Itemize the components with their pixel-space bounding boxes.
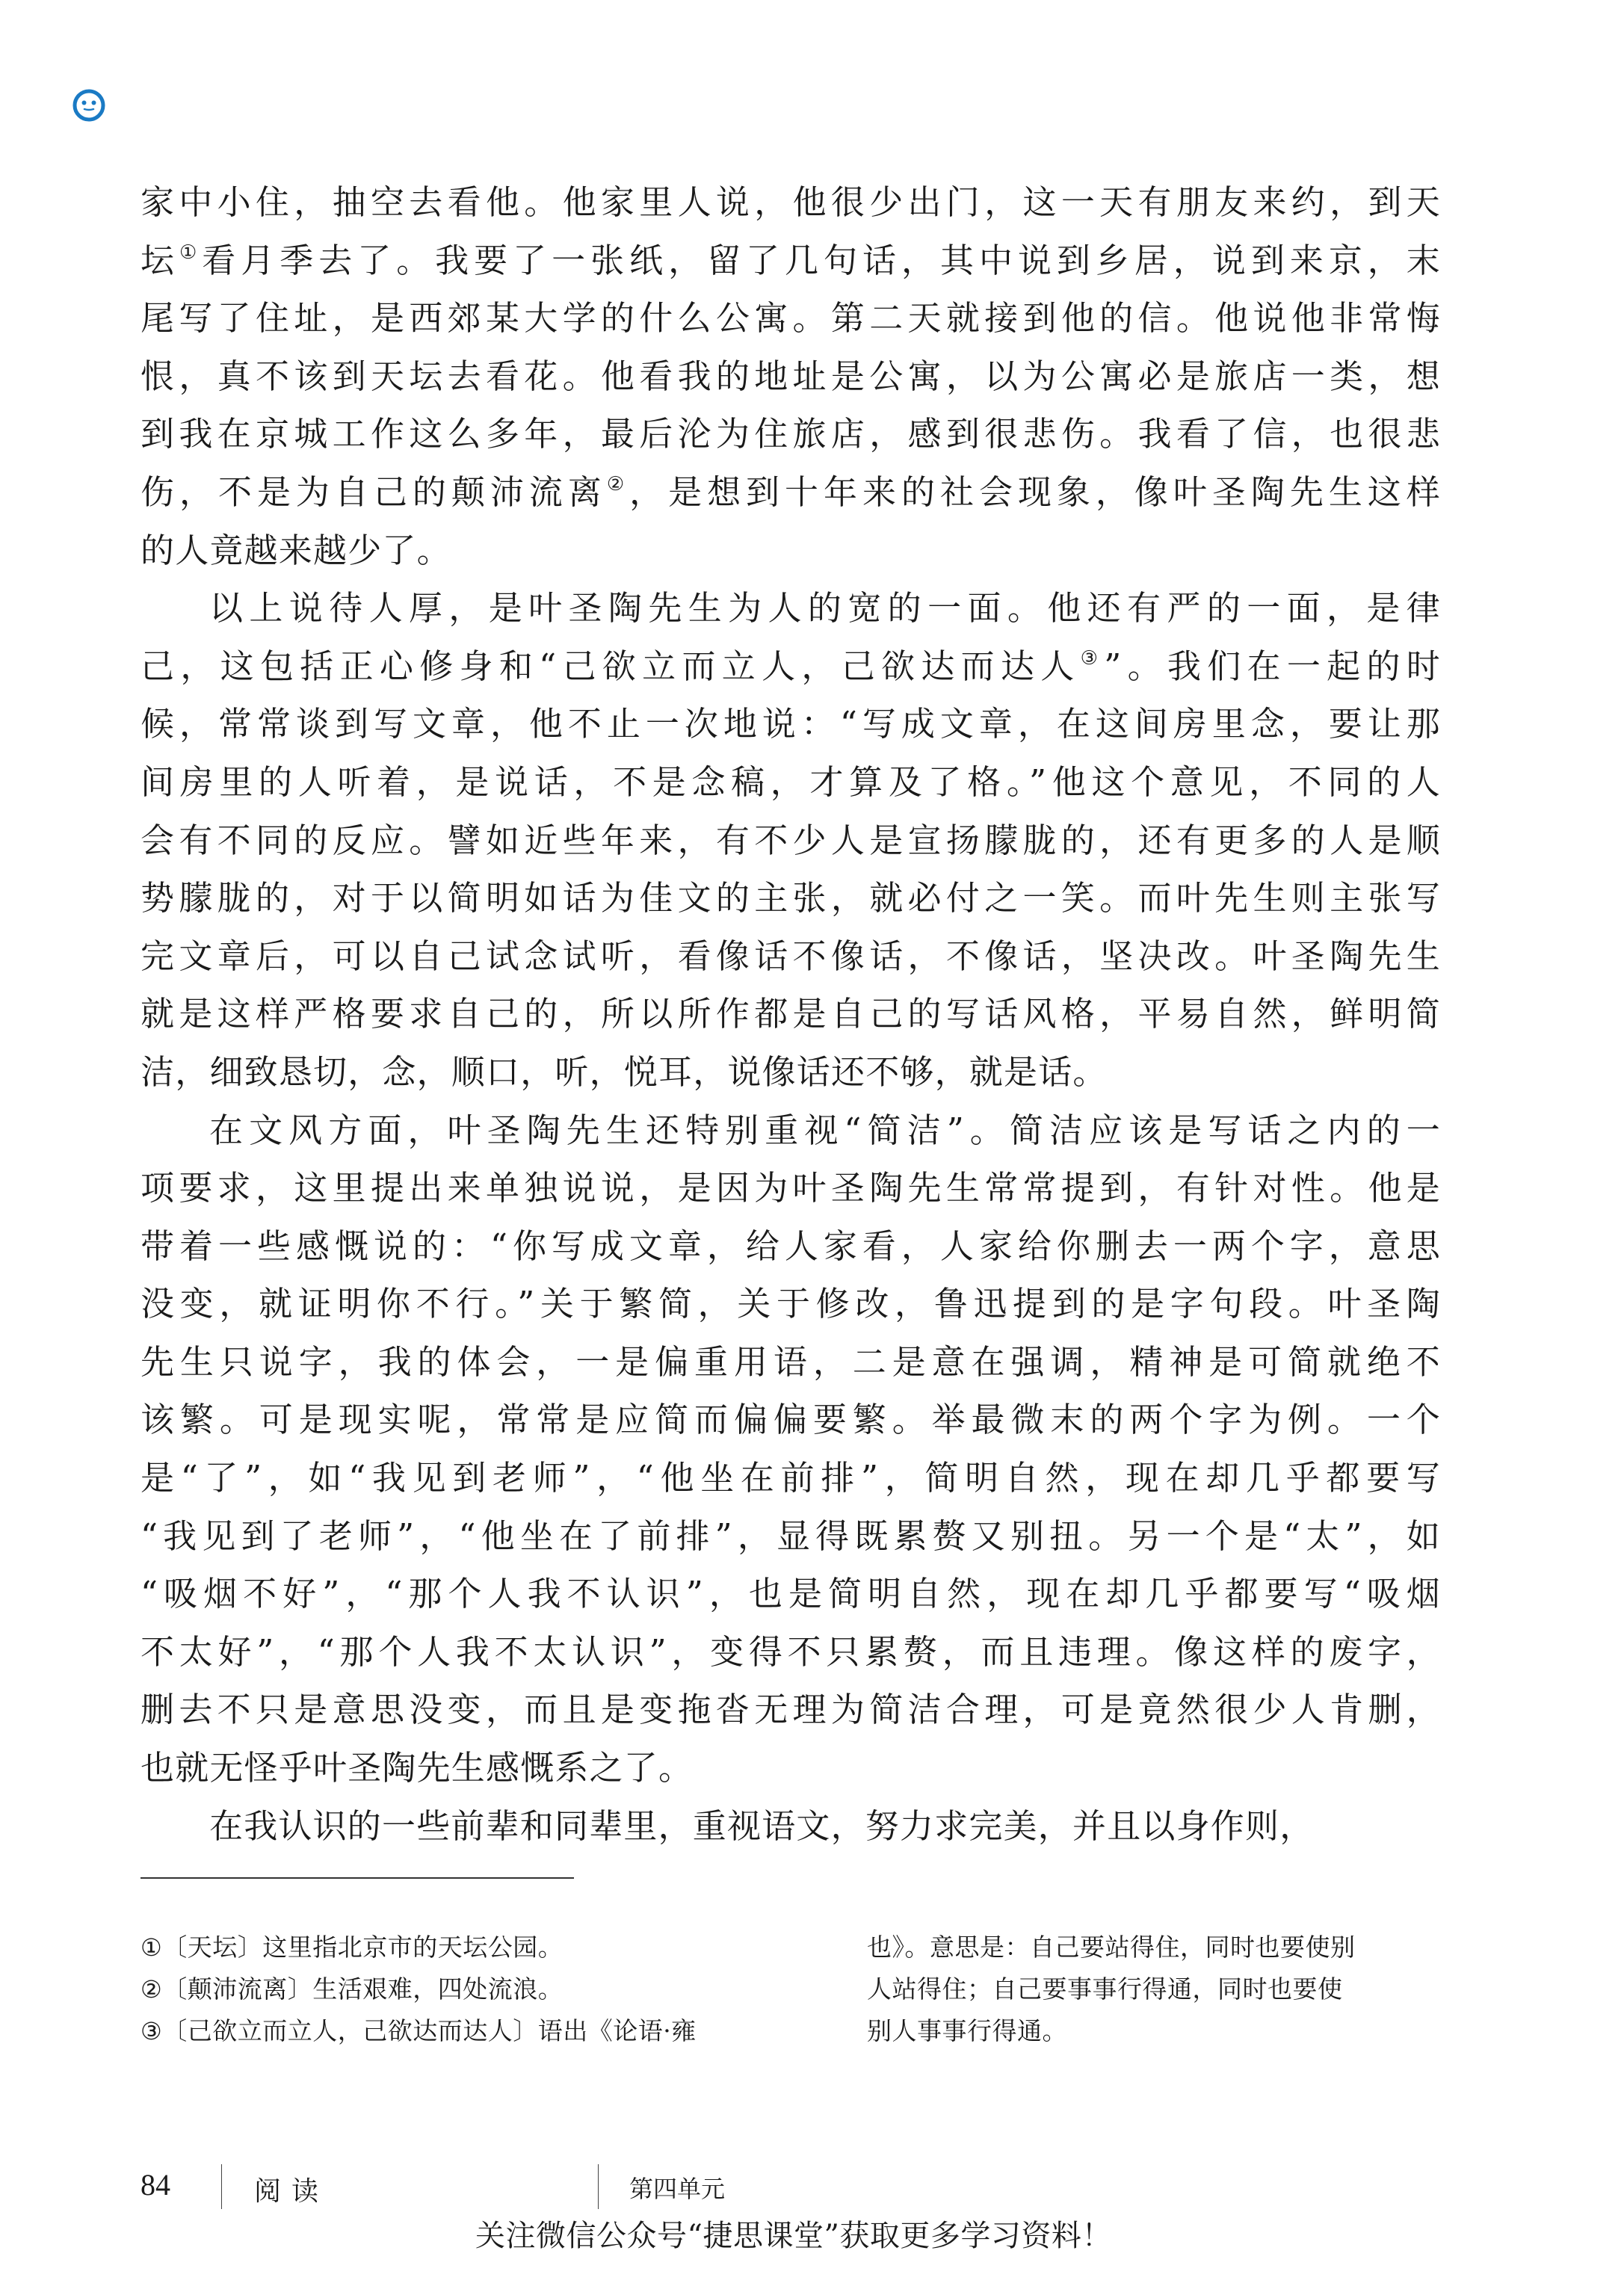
text-line: 在文风方面，叶圣陶先生还特别重视“简洁”。简洁应该是写话之内的一 — [141, 1102, 1441, 1160]
text-line: 没变，就证明你不行。”关于繁简，关于修改，鲁迅提到的是字句段。叶圣陶 — [141, 1275, 1441, 1333]
text-line: 己，这包括正心修身和“己欲立而立人，己欲达而达人③”。我们在一起的时 — [141, 637, 1441, 696]
text-line: “吸烟不好”，“那个人我不认识”，也是简明自然，现在却几乎都要写“吸烟 — [141, 1565, 1441, 1623]
text-line: 尾写了住址，是西郊某大学的什么公寓。第二天就接到他的信。他说他非常悔 — [141, 289, 1441, 348]
text-line: 完文章后，可以自己试念试听，看像话不像话，不像话，坚决改。叶圣陶先生 — [141, 927, 1441, 986]
text-line: 坛①看月季去了。我要了一张纸，留了几句话，其中说到乡居，说到来京，末 — [141, 232, 1441, 290]
footer-divider — [221, 2164, 222, 2209]
paragraph: 在文风方面，叶圣陶先生还特别重视“简洁”。简洁应该是写话之内的一项要求，这里提出… — [141, 1102, 1441, 1797]
text-line: 也就无怪乎叶圣陶先生感慨系之了。 — [141, 1739, 1441, 1797]
text-line: 先生只说字，我的体会，一是偏重用语，二是意在强调，精神是可简就绝不 — [141, 1333, 1441, 1391]
footnote-marker: ③ — [1081, 647, 1105, 670]
text-line: 删去不只是意思没变，而且是变拖沓无理为简洁合理，可是竟然很少人肯删， — [141, 1681, 1441, 1739]
text-line: 的人竟越来越少了。 — [141, 522, 1441, 580]
footnote-separator — [141, 1877, 574, 1879]
section-label: 阅读 — [254, 2170, 329, 2208]
footnote-marker: ② — [607, 473, 629, 495]
footnote-text: 语出《论语·雍 — [538, 2016, 697, 2045]
unit-label: 第四单元 — [629, 2170, 725, 2205]
footnote-text: 生活艰难，四处流浪。 — [312, 1974, 563, 2004]
footnote-continuation-line: 人站得住；自己要事事行得通，同时也要使 — [867, 1968, 1450, 2010]
text-line: 洁，细致恳切，念，顺口，听，悦耳，说像话还不够，就是话。 — [141, 1043, 1441, 1102]
footnote-number: ② — [141, 1975, 162, 2004]
text-line: 间房里的人听着，是说话，不是念稿，才算及了格。”他这个意见，不同的人 — [141, 753, 1441, 812]
text-line: 候，常常谈到写文章，他不止一次地说：“写成文章，在这间房里念，要让那 — [141, 695, 1441, 753]
footnote-term: 〔己欲立而立人，己欲达而达人〕 — [162, 2016, 538, 2045]
text-line: 在我认识的一些前辈和同辈里，重视语文，努力求完美，并且以身作则， — [141, 1797, 1441, 1856]
footnote-text: 这里指北京市的天坛公园。 — [262, 1933, 563, 1962]
footnote-number: ① — [141, 1933, 162, 1962]
article-body: 家中小住，抽空去看他。他家里人说，他很少出门，这一天有朋友来约，到天坛①看月季去… — [141, 173, 1441, 1855]
footnote-term: 〔颠沛流离〕 — [162, 1974, 312, 2004]
paragraph: 在我认识的一些前辈和同辈里，重视语文，努力求完美，并且以身作则， — [141, 1797, 1441, 1856]
footnote-term: 〔天坛〕 — [162, 1933, 262, 1962]
footnote-marker: ① — [179, 241, 202, 264]
text-line: 到我在京城工作这么多年，最后沦为住旅店，感到很悲伤。我看了信，也很悲 — [141, 405, 1441, 463]
footnote-item: ①〔天坛〕这里指北京市的天坛公园。 — [141, 1927, 783, 1968]
text-line: 该繁。可是现实呢，常常是应简而偏偏要繁。举最微末的两个字为例。一个 — [141, 1391, 1441, 1449]
text-line: 家中小住，抽空去看他。他家里人说，他很少出门，这一天有朋友来约，到天 — [141, 173, 1441, 232]
promo-text: 关注微信公众号“捷思课堂”获取更多学习资料！ — [475, 2212, 1112, 2255]
paragraph: 以上说待人厚，是叶圣陶先生为人的宽的一面。他还有严的一面，是律己，这包括正心修身… — [141, 579, 1441, 1101]
footnotes-right-column: 也》。意思是：自己要站得住，同时也要使别人站得住；自己要事事行得通，同时也要使别… — [867, 1927, 1450, 2052]
text-line: 不太好”，“那个人我不太认识”，变得不只累赘，而且违理。像这样的废字， — [141, 1623, 1441, 1681]
text-line: 以上说待人厚，是叶圣陶先生为人的宽的一面。他还有严的一面，是律 — [141, 579, 1441, 637]
footnote-continuation-line: 也》。意思是：自己要站得住，同时也要使别 — [867, 1927, 1450, 1968]
footnotes-left-column: ①〔天坛〕这里指北京市的天坛公园。②〔颠沛流离〕生活艰难，四处流浪。③〔己欲立而… — [141, 1927, 783, 2052]
smiley-face-icon — [72, 88, 106, 123]
text-line: 会有不同的反应。譬如近些年来，有不少人是宣扬朦胧的，还有更多的人是顺 — [141, 812, 1441, 870]
text-line: 恨，真不该到天坛去看花。他看我的地址是公寓，以为公寓必是旅店一类，想 — [141, 348, 1441, 406]
text-line: “我见到了老师”，“他坐在了前排”，显得既累赘又别扭。另一个是“太”，如 — [141, 1507, 1441, 1566]
page-number: 84 — [141, 2167, 170, 2202]
footnote-number: ③ — [141, 2017, 162, 2045]
text-line: 是“了”，如“我见到老师”，“他坐在前排”，简明自然，现在却几乎都要写 — [141, 1449, 1441, 1507]
text-line: 带着一些感慨说的：“你写成文章，给人家看，人家给你删去一两个字，意思 — [141, 1217, 1441, 1276]
text-line: 项要求，这里提出来单独说说，是因为叶圣陶先生常常提到，有针对性。他是 — [141, 1159, 1441, 1217]
footnote-item: ②〔颠沛流离〕生活艰难，四处流浪。 — [141, 1968, 783, 2010]
text-line: 势朦胧的，对于以简明如话为佳文的主张，就必付之一笑。而叶先生则主张写 — [141, 869, 1441, 927]
text-line: 就是这样严格要求自己的，所以所作都是自己的写话风格，平易自然，鲜明简 — [141, 985, 1441, 1043]
paragraph: 家中小住，抽空去看他。他家里人说，他很少出门，这一天有朋友来约，到天坛①看月季去… — [141, 173, 1441, 579]
footnote-continuation-line: 别人事事行得通。 — [867, 2010, 1450, 2052]
footnote-item: ③〔己欲立而立人，己欲达而达人〕语出《论语·雍 — [141, 2010, 783, 2052]
footer-divider — [598, 2164, 599, 2209]
text-line: 伤，不是为自己的颠沛流离②，是想到十年来的社会现象，像叶圣陶先生这样 — [141, 463, 1441, 522]
